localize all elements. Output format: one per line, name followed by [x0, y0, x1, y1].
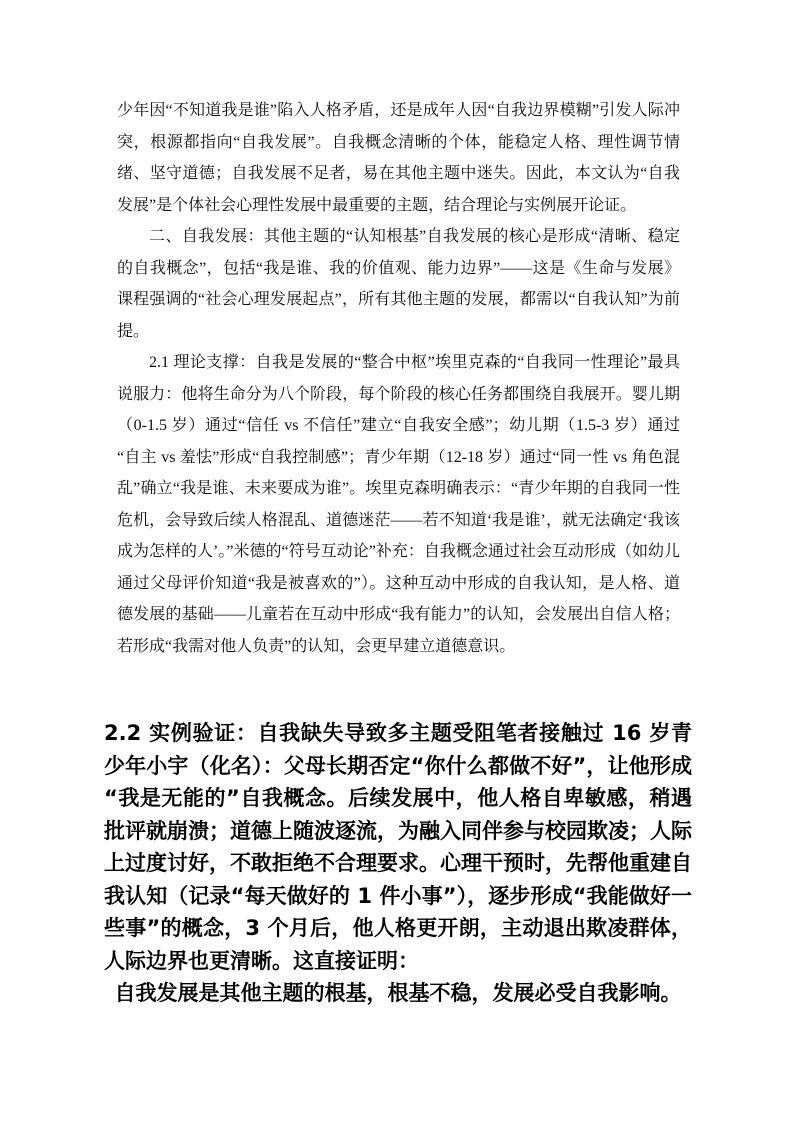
section-2-2-case-block: 2.2 实例验证：自我缺失导致多主题受阻笔者接触过 16 岁青少年小宇（化名）：… — [104, 717, 692, 1010]
paragraph-section-2-2-case: 2.2 实例验证：自我缺失导致多主题受阻笔者接触过 16 岁青少年小宇（化名）：… — [104, 717, 692, 977]
paragraph-section-2-1-theory: 2.1 理论支撑：自我是发展的“整合中枢”埃里克森的“自我同一性理论”最具说服力… — [117, 347, 680, 662]
paragraph-case-conclusion: 自我发展是其他主题的根基，根基不稳，发展必受自我影响。 — [104, 977, 692, 1010]
paragraph-section-2-heading: 二、自我发展：其他主题的“认知根基”自我发展的核心是形成“清晰、稳定的自我概念”… — [117, 221, 680, 347]
paragraph-intro-continuation: 少年因“不知道我是谁”陷入人格矛盾，还是成年人因“自我边界模糊”引发人际冲突，根… — [117, 95, 680, 221]
document-page: 少年因“不知道我是谁”陷入人格矛盾，还是成年人因“自我边界模糊”引发人际冲突，根… — [0, 0, 793, 1122]
